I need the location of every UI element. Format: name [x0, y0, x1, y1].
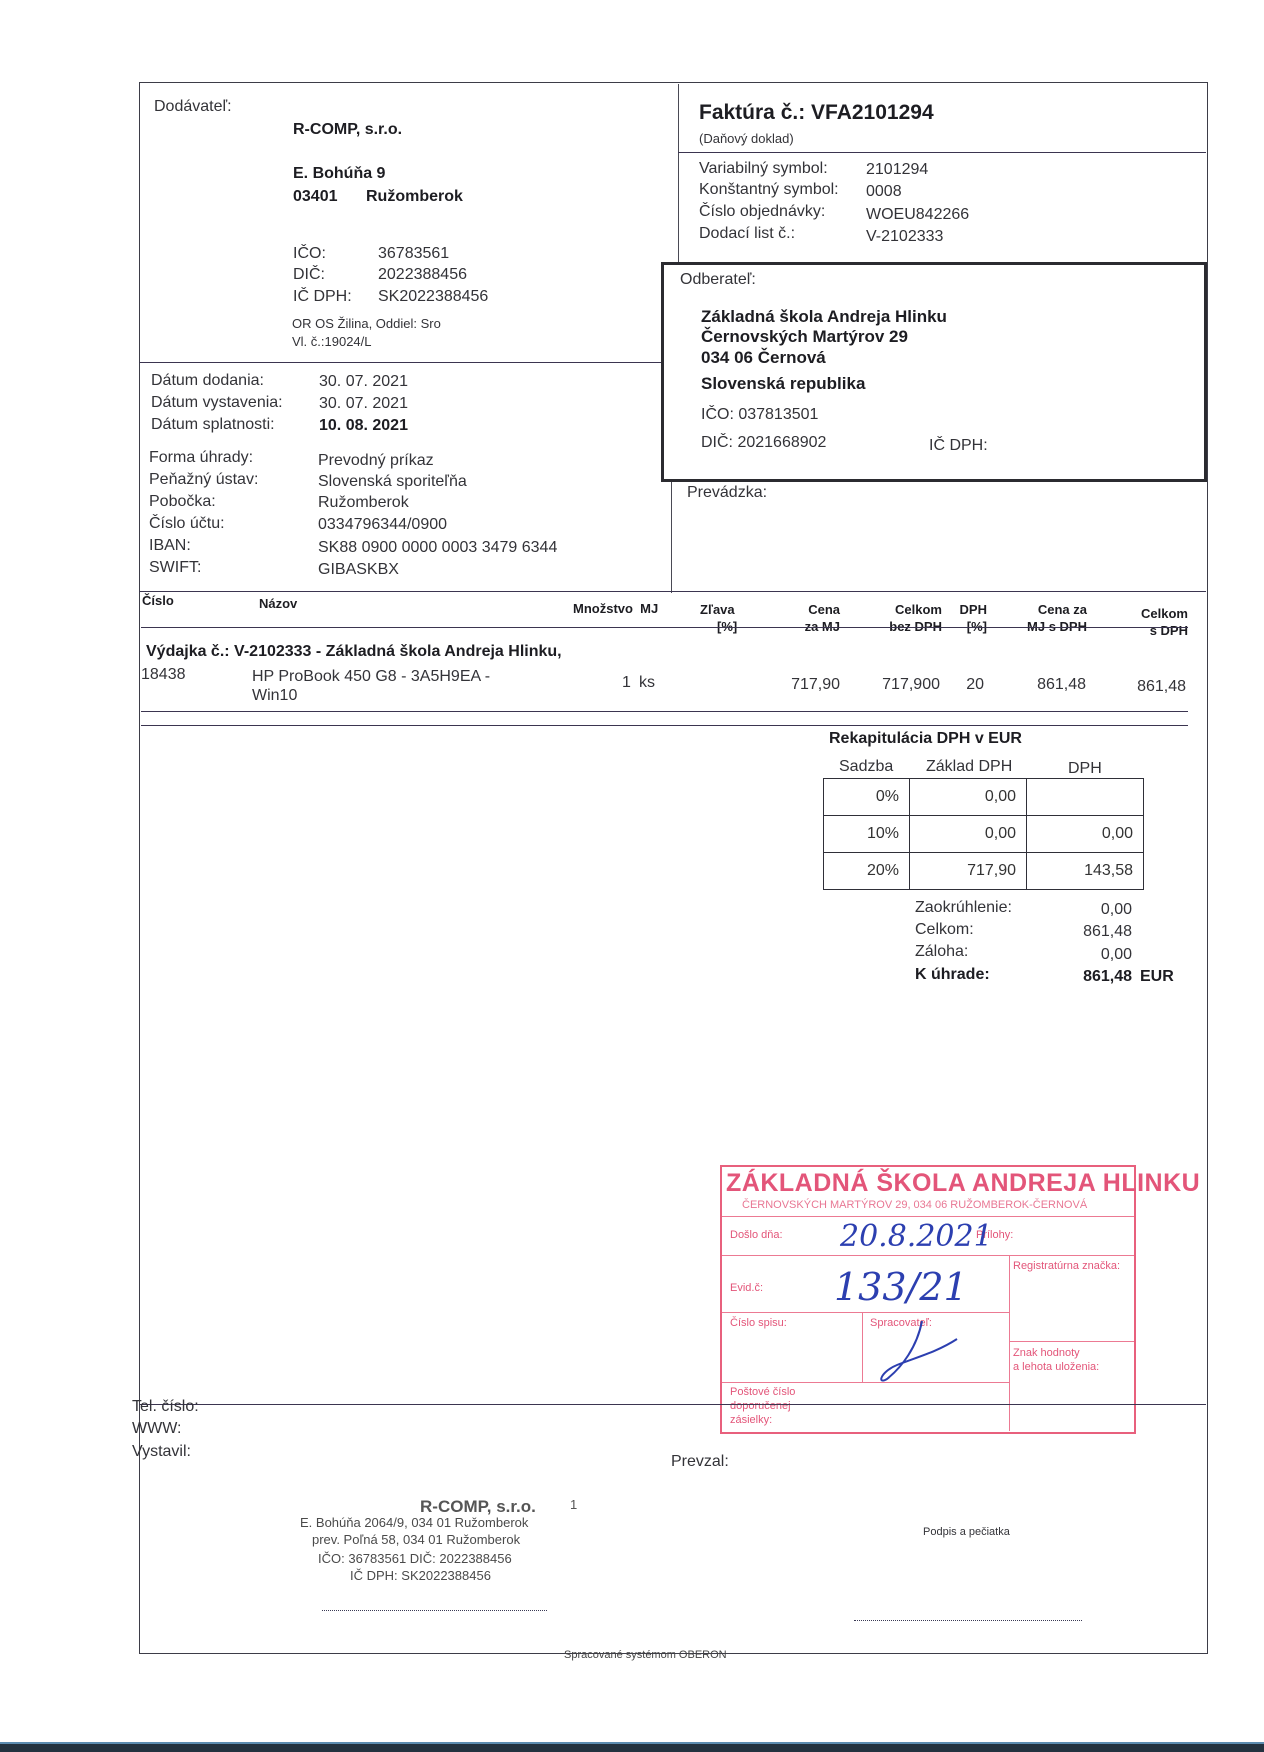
payment-label-swift: SWIFT: [149, 559, 201, 577]
item-vat-rate: 20 [940, 676, 984, 694]
divider-vertical-premises [671, 476, 672, 593]
company-stamp-line1: E. Bohúňa 2064/9, 034 01 Ružomberok [300, 1515, 528, 1530]
vat-base: 717,90 [910, 853, 1027, 890]
buyer-street: Černovských Martýrov 29 [701, 327, 908, 347]
total-label-deposit: Záloha: [915, 943, 968, 961]
item-name-line1: HP ProBook 450 G8 - 3A5H9EA - [252, 668, 490, 686]
company-stamp-name: R-COMP, s.r.o. [420, 1497, 536, 1517]
total-label-sum: Celkom: [915, 921, 974, 939]
vat-amount [1027, 779, 1144, 816]
buyer-country: Slovenská republika [701, 374, 865, 394]
date-value-delivery: 30. 07. 2021 [319, 373, 408, 391]
buyer-label: Odberateľ: [680, 271, 756, 289]
col-header-discount: Zľava [700, 602, 735, 617]
signature-label: Podpis a pečiatka [923, 1526, 1010, 1538]
item-name-line2: Win10 [252, 687, 297, 705]
stamp-retention-label-1: Znak hodnoty [1013, 1347, 1080, 1359]
field-label-constant-symbol: Konštantný symbol: [699, 181, 839, 199]
supplier-dic: 2022388456 [378, 266, 467, 284]
company-stamp-line2: prev. Poľná 58, 034 01 Ružomberok [312, 1532, 520, 1547]
divider-supplier-dates [139, 362, 661, 363]
scanner-edge-bar [0, 1742, 1264, 1752]
stamp-file-label: Číslo spisu: [730, 1317, 787, 1329]
receiver-signature-line [854, 1620, 1082, 1621]
field-value-order-number: WOEU842266 [866, 206, 969, 224]
vat-recap-header-vat: DPH [1068, 760, 1102, 778]
date-label-delivery: Dátum dodania: [151, 372, 264, 390]
col-header-total-excl-vat: Celkom [860, 602, 942, 617]
stamp-postal-label-3: zásielky: [730, 1414, 772, 1426]
vat-recap-header-base: Základ DPH [926, 758, 1012, 776]
vat-base: 0,00 [910, 816, 1027, 853]
stamp-evid-handwritten: 133/21 [834, 1265, 968, 1309]
to-pay-label: K úhrade: [915, 966, 990, 984]
premises-label: Prevádzka: [687, 484, 767, 502]
field-value-constant-symbol: 0008 [866, 183, 902, 201]
col-header-number: Číslo [142, 593, 174, 608]
item-quantity: 1 [622, 674, 631, 692]
stamp-title: ZÁKLADNÁ ŠKOLA ANDREJA HLINKU [726, 1169, 1200, 1198]
divider-invoice-title [678, 152, 1206, 153]
stamp-postal-label-1: Poštové číslo [730, 1386, 795, 1398]
issuer-signature-line [322, 1610, 547, 1611]
date-label-due: Dátum splatnosti: [151, 416, 275, 434]
payment-value-branch: Ružomberok [318, 494, 409, 512]
payment-label-account: Číslo účtu: [149, 515, 225, 533]
supplier-register-1: OR OS Žilina, Oddiel: Sro [292, 316, 441, 331]
supplier-icdph-label: IČ DPH: [293, 288, 352, 306]
stamp-registry-label: Registratúrna značka: [1013, 1260, 1120, 1272]
item-unit-price-vat: 861,48 [1000, 676, 1086, 694]
col-header-total-vat-2: s DPH [1110, 623, 1188, 638]
item-total-excl-vat: 717,900 [860, 676, 940, 694]
stamp-evid-label: Evid.č: [730, 1282, 763, 1294]
registry-stamp: ZÁKLADNÁ ŠKOLA ANDREJA HLINKU ČERNOVSKÝC… [720, 1165, 1136, 1434]
items-group-title: Výdajka č.: V-2102333 - Základná škola A… [146, 643, 562, 661]
received-by-label: Prevzal: [671, 1453, 729, 1471]
vat-amount: 143,58 [1027, 853, 1144, 890]
system-note: Spracované systémom OBERON [564, 1649, 727, 1661]
total-value-rounding: 0,00 [1050, 901, 1132, 919]
payment-value-iban: SK88 0900 0000 0003 3479 6344 [318, 539, 557, 557]
vat-recap-row: 0% 0,00 [824, 779, 1144, 816]
vat-recap-header-rate: Sadzba [839, 758, 893, 776]
supplier-city: Ružomberok [366, 188, 463, 206]
vat-recap-title: Rekapitulácia DPH v EUR [829, 730, 1022, 748]
field-value-delivery-note: V-2102333 [866, 228, 943, 246]
total-value-sum: 861,48 [1050, 923, 1132, 941]
item-unit: ks [639, 674, 655, 692]
vat-recap-table: 0% 0,00 10% 0,00 0,00 20% 717,90 143,58 [823, 778, 1144, 890]
buyer-ico: IČO: 037813501 [701, 406, 818, 424]
vat-amount: 0,00 [1027, 816, 1144, 853]
divider-vertical-top [678, 84, 679, 262]
supplier-ico-label: IČO: [293, 245, 326, 263]
supplier-label: Dodávateľ: [154, 98, 232, 116]
supplier-name: R-COMP, s.r.o. [293, 121, 402, 139]
date-label-issued: Dátum vystavenia: [151, 394, 283, 412]
vat-recap-row: 10% 0,00 0,00 [824, 816, 1144, 853]
supplier-street: E. Bohúňa 9 [293, 165, 385, 183]
col-header-vat-rate: DPH [940, 602, 987, 617]
company-stamp-line4: IČ DPH: SK2022388456 [350, 1568, 491, 1583]
www-label: WWW: [132, 1420, 181, 1438]
divider-items-header [141, 627, 1188, 628]
company-stamp-line3: IČO: 36783561 DIČ: 2022388456 [318, 1551, 512, 1566]
stamp-subtitle: ČERNOVSKÝCH MARTÝROV 29, 034 06 RUŽOMBER… [742, 1199, 1087, 1211]
total-label-rounding: Zaokrúhlenie: [915, 899, 1012, 917]
signature-icon [862, 1317, 972, 1387]
date-value-due: 10. 08. 2021 [319, 417, 408, 435]
field-label-variable-symbol: Variabilný symbol: [699, 160, 828, 178]
stamp-received-label: Došlo dňa: [730, 1229, 783, 1241]
col-header-quantity: Množstvo MJ [573, 601, 658, 616]
buyer-dic: DIČ: 2021668902 [701, 434, 826, 452]
payment-value-method: Prevodný príkaz [318, 452, 434, 470]
supplier-register-2: Vl. č.:19024/L [292, 334, 372, 349]
payment-label-branch: Pobočka: [149, 493, 216, 511]
field-label-delivery-note: Dodací list č.: [699, 225, 795, 243]
divider-footer [139, 1404, 1206, 1405]
buyer-city: 034 06 Černová [701, 348, 826, 368]
to-pay-value: 861,48 [1040, 968, 1132, 986]
stamp-postal-label-2: doporučenej [730, 1400, 791, 1412]
payment-value-account: 0334796344/0900 [318, 516, 447, 534]
divider-items-bottom [141, 711, 1188, 712]
company-stamp-suffix: 1 [570, 1497, 577, 1512]
divider-recap-top [141, 725, 1188, 726]
tel-label: Tel. číslo: [132, 1398, 199, 1416]
item-unit-price: 717,90 [760, 676, 840, 694]
stamp-received-date-handwritten: 20.8.2021 [840, 1219, 993, 1254]
item-total-vat: 861,48 [1110, 678, 1186, 696]
supplier-ico: 36783561 [378, 245, 449, 263]
payment-label-bank: Peňažný ústav: [149, 471, 258, 489]
vat-rate: 10% [824, 816, 910, 853]
to-pay-currency: EUR [1140, 968, 1174, 986]
invoice-title: Faktúra č.: VFA2101294 [699, 101, 934, 125]
supplier-dic-label: DIČ: [293, 266, 325, 284]
vat-rate: 0% [824, 779, 910, 816]
col-header-unit-price: Cena [760, 602, 840, 617]
field-value-variable-symbol: 2101294 [866, 161, 928, 179]
date-value-issued: 30. 07. 2021 [319, 395, 408, 413]
payment-value-swift: GIBASKBX [318, 561, 399, 579]
vat-recap-row: 20% 717,90 143,58 [824, 853, 1144, 890]
vat-rate: 20% [824, 853, 910, 890]
col-header-name: Názov [259, 596, 297, 611]
item-number: 18438 [141, 666, 186, 684]
payment-label-method: Forma úhrady: [149, 449, 253, 467]
field-label-order-number: Číslo objednávky: [699, 203, 825, 221]
supplier-icdph: SK2022388456 [378, 288, 488, 306]
buyer-name: Základná škola Andreja Hlinku [701, 307, 947, 327]
stamp-retention-label-2: a lehota uloženia: [1013, 1361, 1099, 1373]
total-value-deposit: 0,00 [1050, 946, 1132, 964]
vat-base: 0,00 [910, 779, 1027, 816]
invoice-subtitle: (Daňový doklad) [699, 131, 794, 146]
payment-value-bank: Slovenská sporiteľňa [318, 473, 467, 491]
col-header-unit-price-vat: Cena za [1000, 602, 1087, 617]
divider-items-top [139, 591, 1206, 592]
payment-label-iban: IBAN: [149, 537, 191, 555]
buyer-icdph: IČ DPH: [929, 437, 988, 455]
issued-by-label: Vystavil: [132, 1443, 191, 1461]
col-header-total-vat: Celkom [1110, 606, 1188, 621]
supplier-zip: 03401 [293, 188, 338, 206]
